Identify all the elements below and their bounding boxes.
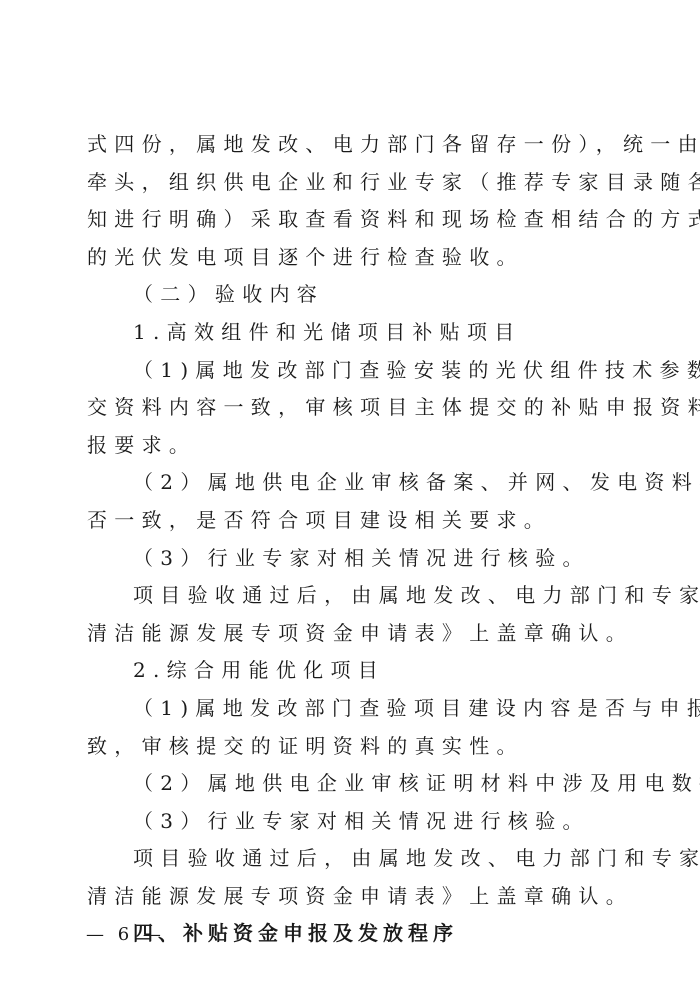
body-line: 牵头，组织供电企业和行业专家（推荐专家目录随各批次申报通 <box>87 164 611 202</box>
body-line: 交资料内容一致，审核项目主体提交的补贴申报资料是否符合申 <box>87 389 611 427</box>
body-line: 的光伏发电项目逐个进行检查验收。 <box>87 239 611 277</box>
body-line: （1)属地发改部门查验安装的光伏组件技术参数等是否与提 <box>87 352 611 390</box>
item-heading: 2.综合用能优化项目 <box>87 652 611 690</box>
page-number: — 6 — <box>86 924 165 945</box>
body-line: 清洁能源发展专项资金申请表》上盖章确认。 <box>87 878 611 916</box>
body-line: 报要求。 <box>87 427 611 465</box>
body-line: 项目验收通过后，由属地发改、电力部门和专家在《西安市 <box>87 577 611 615</box>
body-line: （3）行业专家对相关情况进行核验。 <box>87 803 611 841</box>
body-line: （2）属地供电企业审核备案、并网、发电资料与实际数据是 <box>87 464 611 502</box>
document-page: 式四份，属地发改、电力部门各留存一份），统一由属地发改部门 牵头，组织供电企业和… <box>87 126 611 953</box>
body-line: （1)属地发改部门查验项目建设内容是否与申报大纲内容一 <box>87 690 611 728</box>
body-line: 项目验收通过后，由属地发改、电力部门和专家在《西安市 <box>87 840 611 878</box>
item-heading: 1.高效组件和光储项目补贴项目 <box>87 314 611 352</box>
section-subheading: （二）验收内容 <box>87 276 611 314</box>
body-line: （3）行业专家对相关情况进行核验。 <box>87 540 611 578</box>
body-line: 清洁能源发展专项资金申请表》上盖章确认。 <box>87 615 611 653</box>
section-heading: 四、补贴资金申报及发放程序 <box>87 915 611 953</box>
body-line: 知进行明确）采取查看资料和现场检查相结合的方式，对辖区内 <box>87 201 611 239</box>
body-line: 致，审核提交的证明资料的真实性。 <box>87 728 611 766</box>
body-line: 式四份，属地发改、电力部门各留存一份），统一由属地发改部门 <box>87 126 611 164</box>
body-line: （2）属地供电企业审核证明材料中涉及用电数据的真实性。 <box>87 765 611 803</box>
body-line: 否一致，是否符合项目建设相关要求。 <box>87 502 611 540</box>
